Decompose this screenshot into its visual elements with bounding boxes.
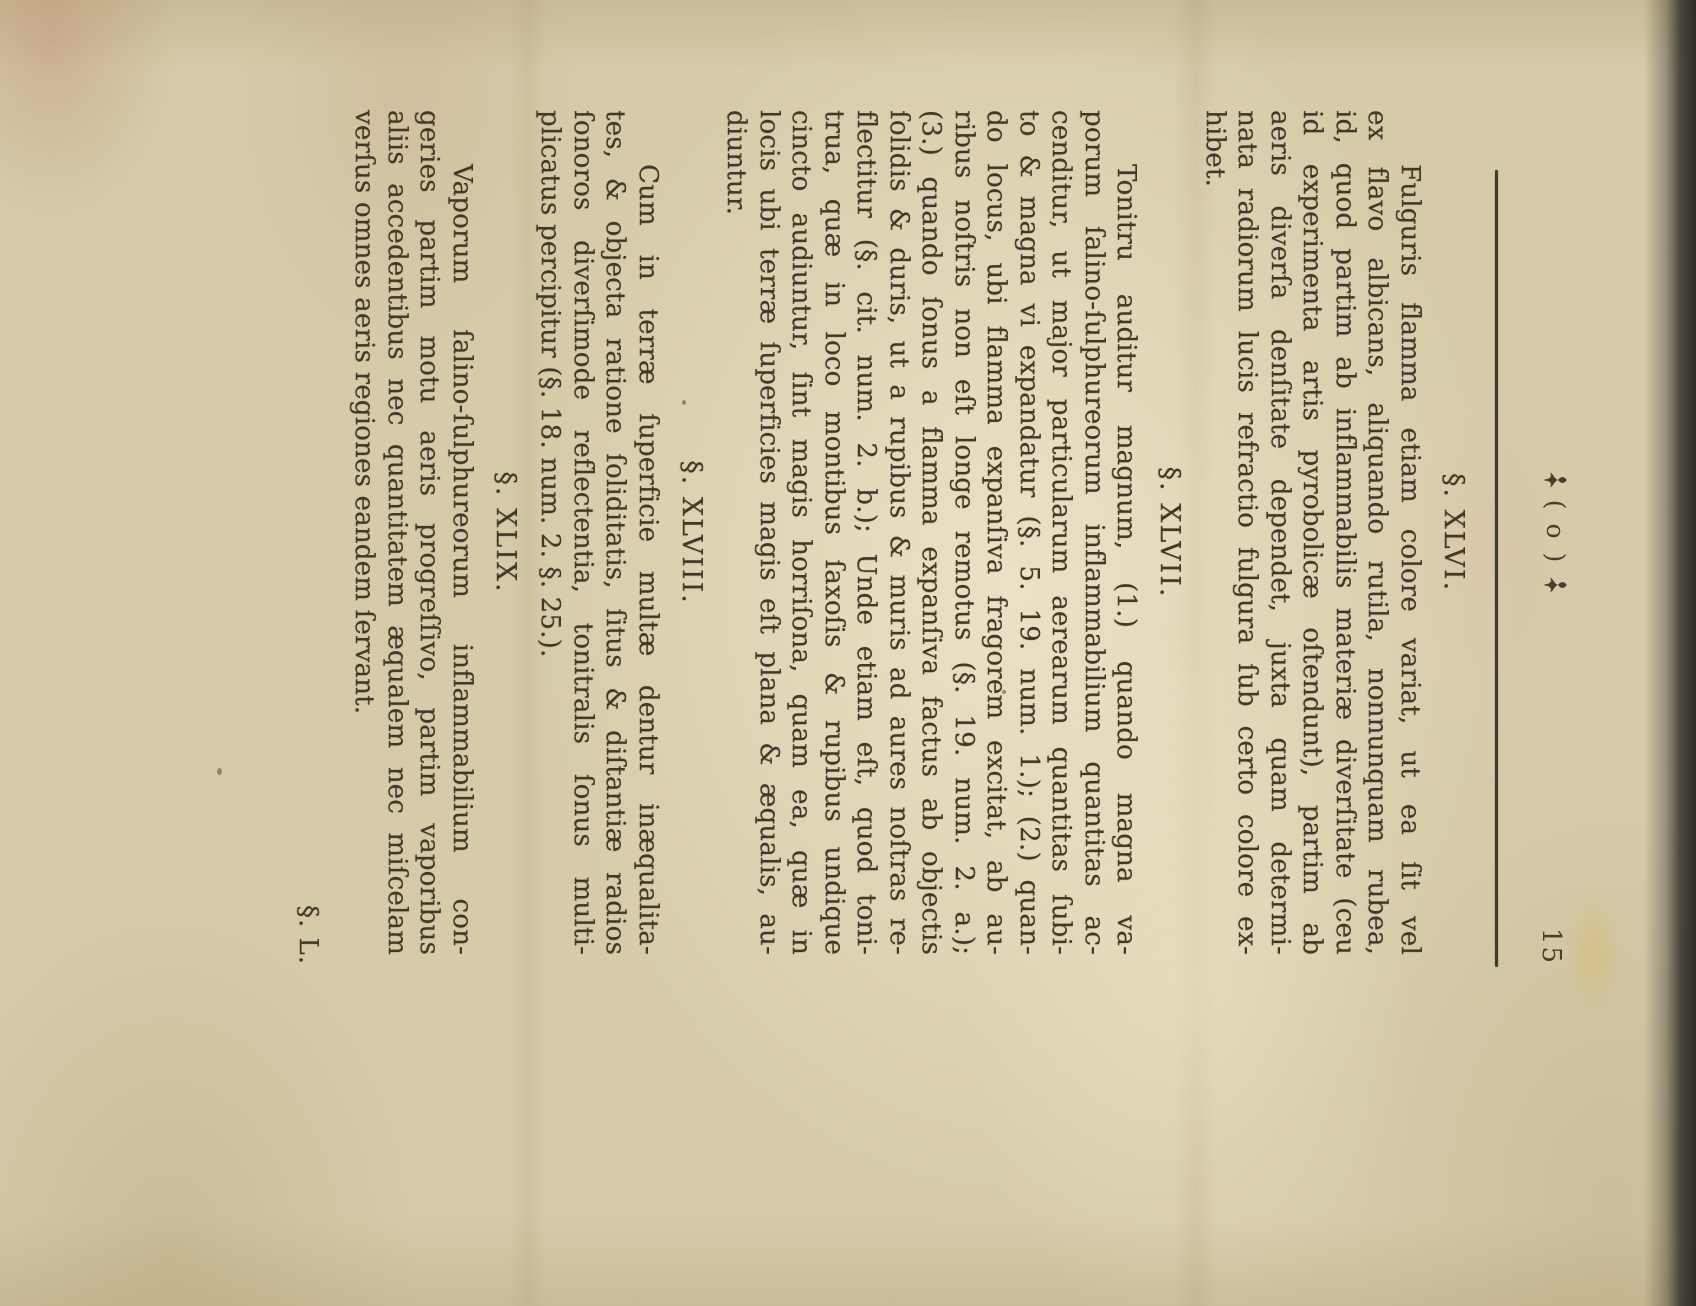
section: §. XLIX.Vaporum ſalino-ſulphureorum infl… [348,110,522,955]
text-line: ſolidis & duris, ut a rupibus & muris ad… [883,110,916,955]
running-header: ( o ) 15 [1530,110,1570,955]
text-line: cincto audiuntur, ſint magis horriſona, … [785,110,818,955]
text-line: porum ſalino-ſulphureorum inflammabilium… [1078,110,1111,955]
section-heading: §. XLVI. [1436,110,1470,955]
catchword-row: §. L. [292,110,325,965]
page-scan: ( o ) 15 §. XLVI.Fulguris flamma etiam c… [0,0,1696,1306]
section: §. XLVIII.Cum in terræ ſuperficie multæ … [534,110,708,955]
header-ornament: ( o ) [1541,110,1570,955]
text-line: verſus omnes aeris regiones eandem ſerva… [348,110,381,955]
text-line: Cum in terræ ſuperficie multæ dentur inæ… [632,110,665,955]
text-line: locis ubi terræ ſuperficies magis eſt pl… [753,110,786,955]
paper-page: ( o ) 15 §. XLVI.Fulguris flamma etiam c… [0,0,1696,1306]
text-line: ribus noſtris non eſt longe remotus (§. … [948,110,981,955]
page-number: 15 [1536,928,1566,965]
text-line: nata radiorum lucis refractio fulgura ſu… [1231,110,1264,955]
text-line: to & magna vi expandatur (§. 5. 19. num.… [1013,110,1046,955]
text-line: tes, & objecta ratione ſoliditatis, ſitu… [599,110,632,955]
sections: §. XLVI.Fulguris flamma etiam colore var… [348,110,1470,955]
paper-speck [217,768,222,775]
text-line: cenditur, ut major particularum aerearum… [1045,110,1078,955]
text-line: aeris diverſa denſitate dependet, juxta … [1264,110,1297,955]
text-line: hibet. [1199,110,1232,955]
text-line: diuntur. [720,110,753,955]
text-line: do locus, ubi flamma expanſiva fragorem … [980,110,1013,955]
text-line: flectitur (§. cit. num. 2. b.); Unde eti… [850,110,883,955]
section: §. XLVI.Fulguris flamma etiam colore var… [1199,110,1471,955]
text-line: (3.) quando ſonus a flamma expanſiva fac… [915,110,948,955]
text-line: Tonitru auditur magnum, (1.) quando magn… [1110,110,1143,955]
text-line: ex flavo albicans, aliquando rutila, non… [1361,110,1394,955]
catchword: §. L. [293,905,323,965]
text-line: id, quod partim ab inflammabilis materiæ… [1329,110,1362,955]
header-ornament-text: ( o ) [1541,500,1570,565]
fleuron-right-icon [1543,573,1569,597]
text-line: trua, quæ in loco montibus ſaxoſis & rup… [818,110,851,955]
header-rule [1495,170,1498,967]
text-line: Fulguris flamma etiam colore variat, ut … [1394,110,1427,955]
text-block: §. XLVI.Fulguris flamma etiam colore var… [292,110,1471,955]
section: §. XLVII.Tonitru auditur magnum, (1.) qu… [720,110,1187,955]
section-heading: §. XLVII. [1153,110,1187,955]
text-line: aliis accedentibus nec quantitatem æqual… [381,110,414,955]
fleuron-left-icon [1543,468,1569,492]
text-line: id experimenta artis pyrobolicæ oſtendun… [1296,110,1329,955]
text-line: ſonoros diverſimode reflectentia, tonitr… [567,110,600,955]
section-heading: §. XLIX. [488,110,522,955]
text-line: geries partim motu aeris progreſſivo, pa… [413,110,446,955]
text-line: plicatus percipitur (§. 18. num. 2. §. 2… [534,110,567,955]
section-heading: §. XLVIII. [674,110,708,955]
text-line: Vaporum ſalino-ſulphureorum inflammabili… [446,110,479,955]
